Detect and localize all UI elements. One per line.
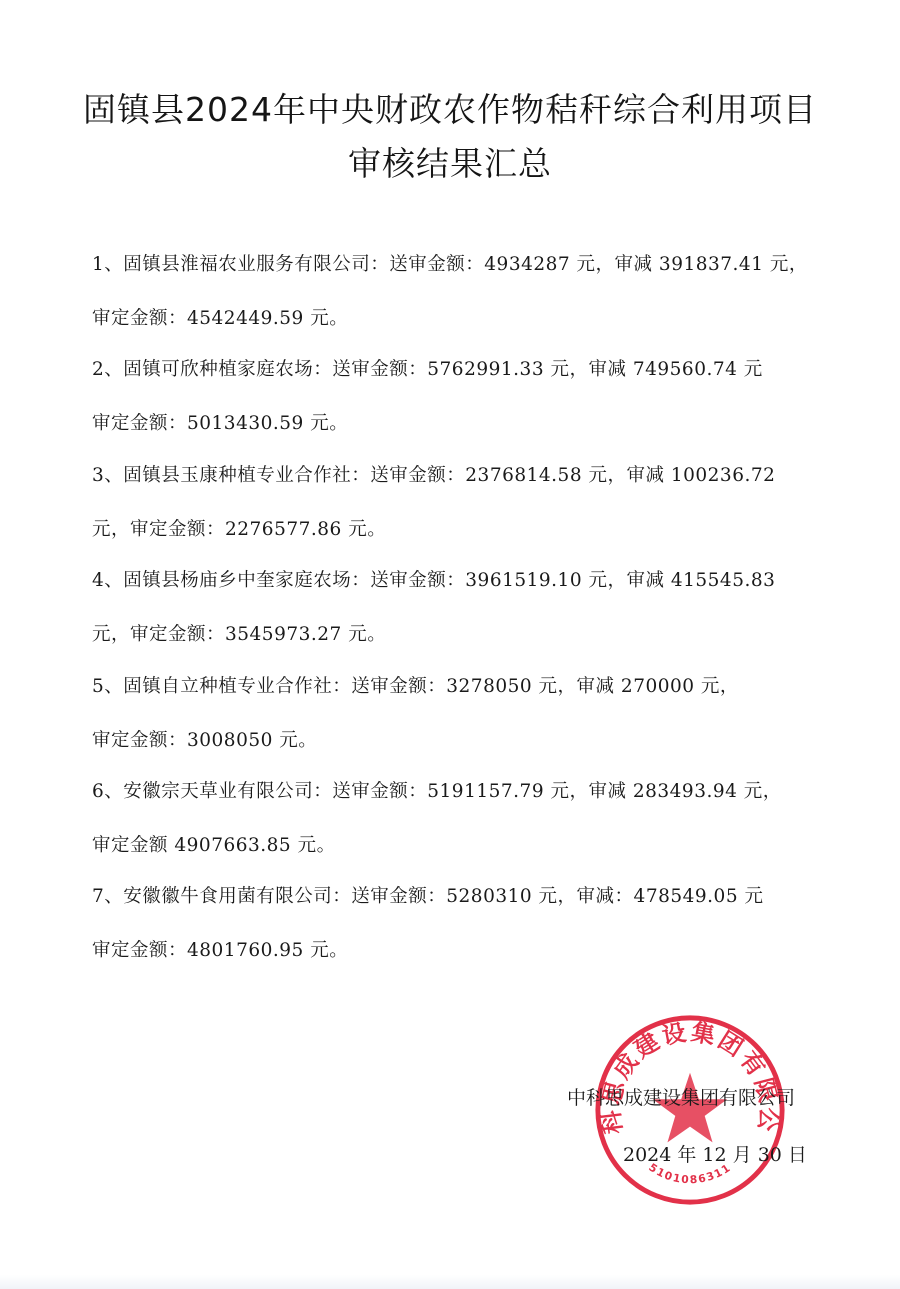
audit-item-line: 元，审定金额：3545973.27 元。 (92, 620, 386, 646)
signature-date: 2024 年 12 月 30 日 (623, 1140, 807, 1167)
audit-item-line: 4、固镇县杨庙乡中奎家庭农场：送审金额：3961519.10 元，审减 4155… (92, 566, 775, 592)
signature-company: 中科思成建设集团有限公司 (567, 1083, 795, 1110)
document-title-line1: 固镇县2024年中央财政农作物秸秆综合利用项目 (0, 84, 900, 131)
audit-item-line: 审定金额：4542449.59 元。 (92, 304, 348, 330)
audit-item-line: 审定金额：5013430.59 元。 (92, 409, 348, 435)
audit-item-line: 6、安徽宗天草业有限公司：送审金额：5191157.79 元，审减 283493… (92, 777, 782, 803)
audit-item-line: 1、固镇县淮福农业服务有限公司：送审金额：4934287 元，审减 391837… (92, 250, 808, 276)
company-seal-icon: 中科思成建设集团有限公司 5101086311 (592, 1012, 788, 1208)
audit-item-line: 元，审定金额：2276577.86 元。 (92, 515, 386, 541)
audit-item-line: 审定金额：3008050 元。 (92, 726, 317, 752)
audit-item-line: 7、安徽徽牛食用菌有限公司：送审金额：5280310 元，审减：478549.0… (92, 882, 763, 908)
audit-item-line: 审定金额：4801760.95 元。 (92, 936, 348, 962)
audit-item-line: 3、固镇县玉康种植专业合作社：送审金额：2376814.58 元，审减 1002… (92, 461, 775, 487)
audit-item-line: 审定金额 4907663.85 元。 (92, 831, 336, 857)
document-page: 固镇县2024年中央财政农作物秸秆综合利用项目 审核结果汇总 1、固镇县淮福农业… (0, 0, 900, 1289)
scan-edge (0, 1275, 900, 1289)
audit-item-line: 5、固镇自立种植专业合作社：送审金额：3278050 元，审减 270000 元… (92, 672, 739, 698)
audit-item-line: 2、固镇可欣种植家庭农场：送审金额：5762991.33 元，审减 749560… (92, 355, 763, 381)
document-title-line2: 审核结果汇总 (0, 138, 900, 185)
